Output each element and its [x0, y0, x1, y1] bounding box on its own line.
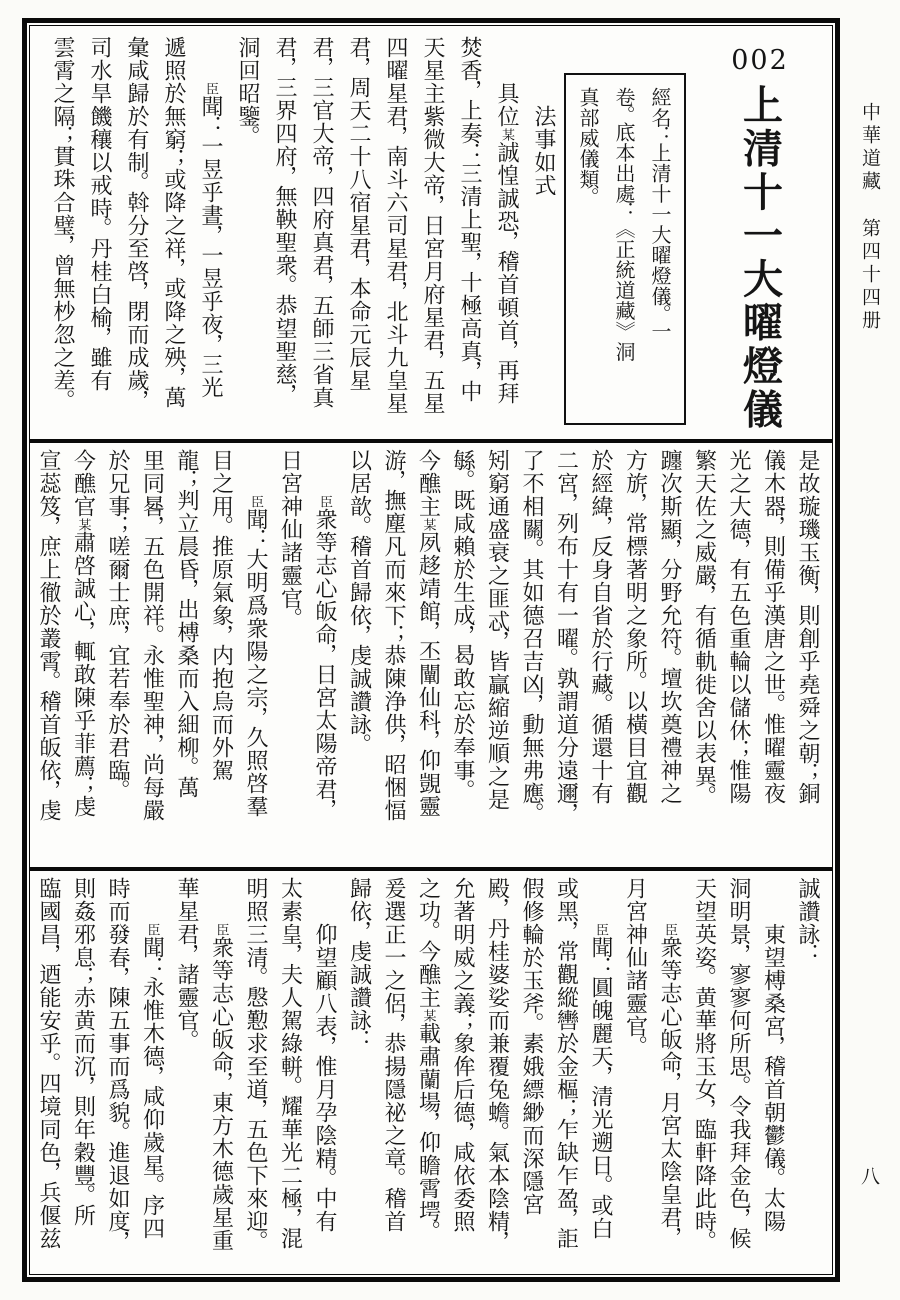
text-column: 臣衆等志心皈命，月宮太陰皇君， [652, 877, 687, 1268]
text-column: 彙咸歸於有制。斡分至啓，閉而成歲， [118, 36, 155, 434]
text-column: 允著明威之義；象侔后德，咸依委照 [445, 877, 480, 1268]
text-column: 繁天佐之威嚴，有循軌徙舍以表異。 [686, 449, 721, 865]
text-column: 月宮神仙諸靈官。 [617, 877, 652, 1268]
text-column: 今醮主某夙趍靖館，丕闡仙科，仰覬靈 [410, 449, 445, 865]
register-bottom: 誠讚詠： 東望榑桑宮，稽首朝鬱儀。太陽洞明景，寥寥何所思。令我拜金色，候天望英姿… [36, 871, 826, 1270]
margin-collection-title: 中華道藏 [859, 102, 881, 194]
text-column: 時而發春，陳五事而爲貌。進退如度， [100, 877, 135, 1268]
scanned-daozang-page: 中華道藏第四十四册 八 002 上清十一大曜燈儀 經名：上清十一大曜燈儀。一卷。… [0, 0, 900, 1300]
interlinear-small-char: 臣 [145, 923, 160, 936]
text-column: 明照三清。慇懃求至道，五色下來迎。 [238, 877, 273, 1268]
text-column: 洞回昭鑒。 [229, 36, 266, 434]
text-column: 二宮，列布十有一曜。孰謂道分遠邇， [548, 449, 583, 865]
text-column: 躔次斯顯，分野允符。壇坎奠禮神之 [652, 449, 687, 865]
text-column: 或黑，常觀縱轡於金樞；乍缺乍盈，詎 [548, 877, 583, 1268]
text-column: 臣衆等志心皈命，日宮太陽帝君， [307, 449, 342, 865]
text-column: 目之用。推原氣象，内抱烏而外駕 [203, 449, 238, 865]
text-column: 臣衆等志心皈命，東方木德歲星重 [203, 877, 238, 1268]
text-column: 以居歆。稽首歸依，虔誠讚詠。 [341, 449, 376, 865]
text-column: 經名：上清十一大曜燈儀。一 [642, 87, 678, 411]
doc-number: 002 [694, 45, 826, 76]
text-column: 假修輪於玉斧。素娥縹緲而深隱宮 [514, 877, 549, 1268]
text-column: 光之大德，有五色重輪以儲休；惟陽 [721, 449, 756, 865]
interlinear-small-char: 臣 [317, 495, 332, 508]
interlinear-small-char: 某 [421, 518, 436, 531]
text-column: 君，周天二十八宿星君，本命元辰星 [340, 36, 377, 434]
text-column: 了不相關。其如德召吉凶，動無弗應。 [514, 449, 549, 865]
register-middle: 是故璇璣玉衡，則創乎堯舜之朝；銅儀木器，則備乎漢唐之世。惟曜靈夜光之大德，有五色… [36, 443, 826, 867]
interlinear-small-char: 臣 [662, 923, 677, 936]
text-column: 焚香，上奏：三清上聖，十極高真，中 [451, 36, 488, 434]
text-column: 游，撫塵凡而來下；恭陳浄供，昭悃愊 [376, 449, 411, 865]
interlinear-small-char: 臣 [203, 82, 218, 95]
text-column: 四曜星君，南斗六司星君，北斗九皇星 [377, 36, 414, 434]
middle-register-text: 是故璇璣玉衡，則創乎堯舜之朝；銅儀木器，則備乎漢唐之世。惟曜靈夜光之大德，有五色… [38, 449, 824, 865]
margin-volume-label: 第四十四册 [859, 218, 881, 333]
text-column: 則姦邪息；赤黄而沉，則年穀豐。所 [65, 877, 100, 1268]
title-block: 002 上清十一大曜燈儀 [694, 31, 826, 439]
text-column: 司水旱饑穰以戒時。丹桂白榆，雖有 [81, 36, 118, 434]
text-column: 君，三界四府，無鞅聖衆。恭望聖慈， [266, 36, 303, 434]
bottom-register-text: 誠讚詠： 東望榑桑宮，稽首朝鬱儀。太陽洞明景，寥寥何所思。令我拜金色，候天望英姿… [38, 877, 824, 1268]
text-column: 遞照於無窮；或降之祥，或降之殃，萬 [155, 36, 192, 434]
text-column: 誠讚詠： [790, 877, 825, 1268]
text-column: 緐。既咸賴於生成，曷敢忘於奉事。 [445, 449, 480, 865]
text-column: 臣聞：大明爲衆陽之宗，久照啓羣 [238, 449, 273, 865]
text-column: 是故璇璣玉衡，則創乎堯舜之朝；銅 [790, 449, 825, 865]
text-column: 於兄事；嗟爾士庶，宜若奉於君臨。 [100, 449, 135, 865]
text-column: 今醮官某肅啓誠心，輒敢陳乎菲薦；虔 [65, 449, 100, 865]
text-column: 儀木器，則備乎漢唐之世。惟曜靈夜 [755, 449, 790, 865]
text-column: 臣聞：永惟木德，咸仰歲星。序四 [134, 877, 169, 1268]
page-frame: 002 上清十一大曜燈儀 經名：上清十一大曜燈儀。一卷。底本出處：《正統道藏》洞… [22, 18, 840, 1282]
text-column: 殿，丹桂婆娑而兼覆兔蟾。氣本陰精， [479, 877, 514, 1268]
interlinear-small-char: 某 [76, 518, 91, 531]
text-column: 太素皇，夫人駕綠軿。耀華光二極，混 [272, 877, 307, 1268]
text-column: 具位某誠惶誠恐，稽首頓首，再拜 [488, 36, 525, 434]
text-column: 臣聞：圓魄麗天，清光遡日。或白 [583, 877, 618, 1268]
text-column: 方旂，常標著明之象所。以橫目宜觀 [617, 449, 652, 865]
text-column: 爰選正一之侶，恭揚隱祕之章。稽首 [376, 877, 411, 1268]
margin-page-number: 八 [861, 1162, 880, 1189]
interlinear-small-char: 臣 [248, 495, 263, 508]
interlinear-small-char: 臣 [214, 923, 229, 936]
text-column: 臨國昌，迺能安乎。四境同色，兵偃兹 [38, 877, 65, 1268]
text-column: 雲霄之隔；貫珠合璧，曾無杪忽之差。 [44, 36, 81, 434]
text-column: 君，三官大帝，四府真君，五師三省真 [303, 36, 340, 434]
text-column: 法事如式 [525, 36, 562, 434]
text-column: 臣聞：一昱乎晝，一昱乎夜，三光 [192, 36, 229, 434]
text-column: 天望英姿。黄華將玉女，臨軒降此時。 [686, 877, 721, 1268]
register-top: 002 上清十一大曜燈儀 經名：上清十一大曜燈儀。一卷。底本出處：《正統道藏》洞… [36, 31, 826, 439]
colophon-box: 經名：上清十一大曜燈儀。一卷。底本出處：《正統道藏》洞真部威儀類。 [564, 73, 686, 425]
text-column: 龍；判立晨昏，出榑桑而入細柳。萬 [169, 449, 204, 865]
text-column: 仰望顧八表，惟月孕陰精。中有 [307, 877, 342, 1268]
interlinear-small-char: 某 [499, 128, 514, 141]
page-title: 上清十一大曜燈儀 [732, 84, 789, 439]
text-column: 里同晷，五色開祥。永惟聖神，尚每嚴 [134, 449, 169, 865]
text-column: 之功。今醮主某載肅蘭場，仰瞻霄堮。 [410, 877, 445, 1268]
text-column: 華星君，諸靈官。 [169, 877, 204, 1268]
text-column: 天星主紫微大帝，日宮月府星君，五星 [414, 36, 451, 434]
text-column: 洞明景，寥寥何所思。令我拜金色，候 [721, 877, 756, 1268]
text-column: 矧窮通盛衰之匪忒，皆贏縮逆順之是 [479, 449, 514, 865]
text-column: 卷。底本出處：《正統道藏》洞 [606, 87, 642, 411]
interlinear-small-char: 某 [421, 1009, 436, 1022]
interlinear-small-char: 臣 [593, 923, 608, 936]
text-column: 真部威儀類。 [570, 87, 606, 411]
top-register-text: 法事如式 具位某誠惶誠恐，稽首頓首，再拜焚香，上奏：三清上聖，十極高真，中天星主… [38, 36, 562, 434]
page-frame-inner: 002 上清十一大曜燈儀 經名：上清十一大曜燈儀。一卷。底本出處：《正統道藏》洞… [29, 25, 833, 1275]
text-column: 東望榑桑宮，稽首朝鬱儀。太陽 [755, 877, 790, 1268]
text-column: 於經緯，反身自省於行藏。循還十有 [583, 449, 618, 865]
text-column: 日宮神仙諸靈官。 [272, 449, 307, 865]
right-margin: 中華道藏第四十四册 八 [844, 0, 900, 1300]
margin-edition-label: 中華道藏第四十四册 [857, 102, 884, 333]
text-column: 歸依，虔誠讚詠： [341, 877, 376, 1268]
text-column: 宣蕊笈，庶上徹於叢霄。稽首皈依，虔 [38, 449, 65, 865]
